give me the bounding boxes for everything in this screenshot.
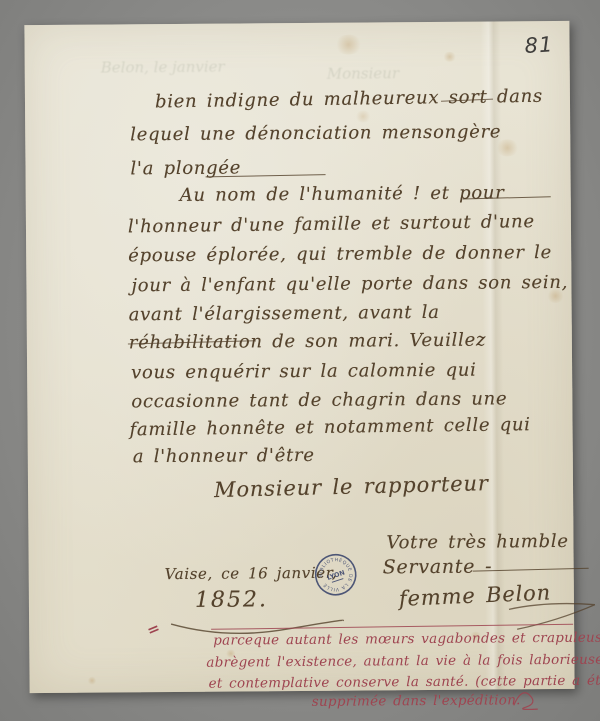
letter-line: avant l'élargissement, avant la	[129, 302, 440, 325]
letter-line: lequel une dénonciation mensongère	[130, 121, 501, 145]
letter-line: épouse éplorée, qui tremble de donner le	[128, 242, 552, 266]
footnote-line: abrègent l'existence, autant la vie à la…	[206, 652, 600, 671]
letter-line: l'honneur d'une famille et surtout d'une	[128, 211, 535, 237]
footnote-paraph	[508, 685, 548, 713]
manuscript-page: 81 Belon, le janvier Monsieur bien indig…	[24, 21, 574, 693]
library-stamp: BIBLIOTHÈQUE DE LA VILLE LYON	[313, 552, 359, 598]
footnote-line: supprimée dans l'expédition.	[312, 692, 521, 710]
letter-line: famille honnête et notamment celle qui	[129, 414, 530, 440]
letter-line: vous enquérir sur la calomnie qui	[131, 360, 477, 384]
letter-line: a l'honneur d'être	[133, 445, 315, 467]
closing-line: Servante -	[383, 555, 493, 578]
fox-spot	[443, 52, 457, 62]
scanned-manuscript-view: { "document": { "folio_number": "81" }, …	[0, 0, 600, 721]
letter-line: occasionne tant de chagrin dans une	[131, 388, 507, 412]
stamp-center-text: LYON	[326, 569, 346, 582]
closing-line: Votre très humble	[386, 531, 568, 553]
dateline-place: Vaise, ce 16 janvier,	[165, 564, 338, 583]
letter-line: jour à l'enfant qu'elle porte dans son s…	[131, 272, 568, 296]
ghost-text-left: Belon, le janvier	[101, 58, 225, 77]
fox-spot	[334, 34, 362, 54]
ghost-text-right: Monsieur	[327, 64, 399, 83]
folio-number: 81	[524, 32, 554, 58]
letter-line: Au nom de l'humanité ! et pour	[180, 182, 505, 206]
fox-spot	[88, 677, 97, 685]
salutation: Monsieur le rapporteur	[214, 471, 489, 502]
footnote-marker: =	[144, 618, 163, 640]
fox-spot	[355, 110, 371, 122]
dateline-year: 1852.	[195, 587, 268, 613]
footnote-line: parceque autant les mœurs vagabondes et …	[213, 630, 600, 649]
signature-flourish	[507, 599, 599, 634]
